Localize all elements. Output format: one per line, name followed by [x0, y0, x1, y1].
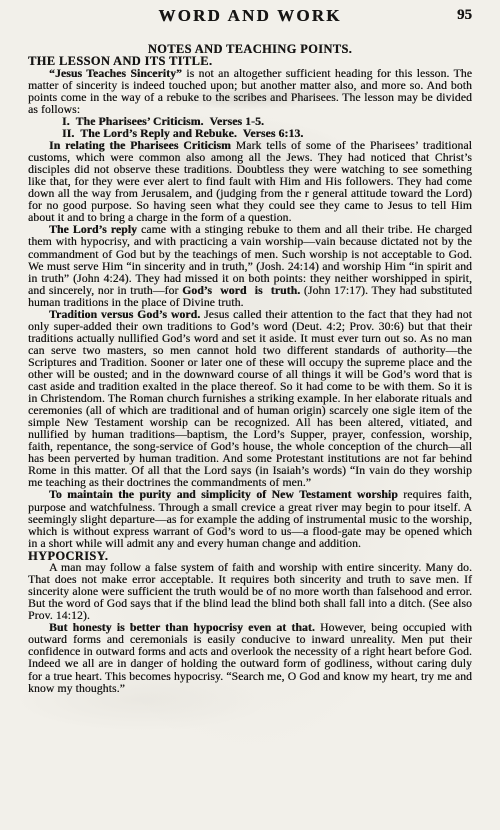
- emphasis-text: The Lord’s reply: [49, 223, 137, 236]
- body-text: Mark tells of some of the Pharisees’ tra…: [28, 139, 472, 224]
- body-text: Jesus called their attention to the fact…: [28, 308, 472, 490]
- paragraph-false-system: A man may follow a false system of faith…: [28, 562, 472, 622]
- paragraph-honesty-better: But honesty is better than hypocrisy eve…: [28, 622, 472, 694]
- emphasis-text: I. The Pharisees’ Criticism. Verses 1-5.: [62, 115, 264, 128]
- paragraph-lords-reply: The Lord’s reply came with a stinging re…: [28, 224, 472, 308]
- emphasis-text: “Jesus Teaches Sincerity”: [49, 67, 182, 80]
- paragraph-pharisees-criticism: In relating the Pharisees Criticism Mark…: [28, 140, 472, 224]
- paragraph-maintain-purity: To maintain the purity and simplicity of…: [28, 489, 472, 549]
- page-number: 95: [457, 7, 472, 24]
- paragraph-lesson-intro: “Jesus Teaches Sincerity” is not an alto…: [28, 68, 472, 116]
- journal-title: WORD AND WORK: [158, 6, 341, 26]
- emphasis-text: God’s word is truth.: [182, 284, 300, 297]
- page-header: WORD AND WORK 95: [28, 6, 472, 32]
- emphasis-text: But honesty is better than hypocrisy eve…: [49, 621, 315, 634]
- emphasis-text: To maintain the purity and simplicity of…: [49, 488, 398, 501]
- emphasis-text: In relating the Pharisees Criticism: [49, 139, 231, 152]
- magazine-page: WORD AND WORK 95 NOTES AND TEACHING POIN…: [0, 0, 500, 830]
- emphasis-text: Tradition versus God’s word.: [49, 308, 200, 321]
- body-text: A man may follow a false system of faith…: [28, 561, 472, 622]
- paragraph-tradition-versus-gods-word: Tradition versus God’s word. Jesus calle…: [28, 309, 472, 490]
- article-content: NOTES AND TEACHING POINTS.THE LESSON AND…: [28, 43, 472, 695]
- emphasis-text: II. The Lord’s Reply and Rebuke. Verses …: [62, 127, 303, 140]
